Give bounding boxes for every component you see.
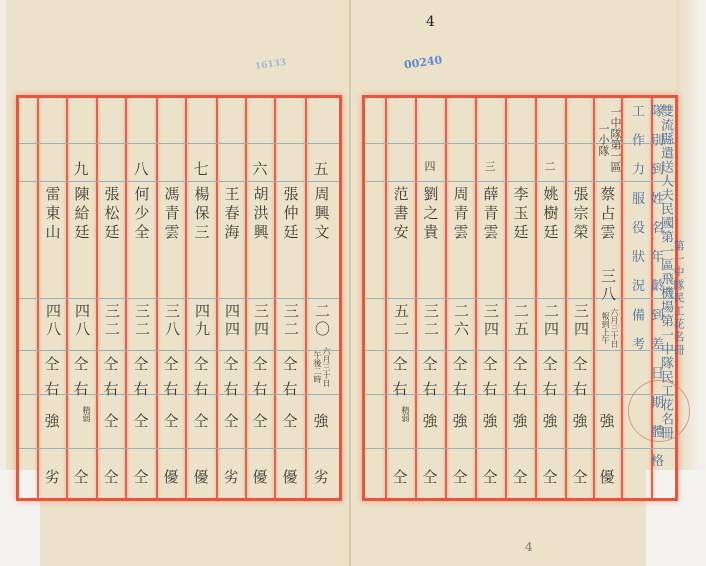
name-cell: 周青雲 — [448, 186, 472, 243]
page-number-bottom: 4 — [525, 540, 533, 554]
age-cell: 四八 — [40, 303, 64, 339]
name-cell: 劉之貴 — [418, 186, 442, 243]
row-number: 九 — [69, 158, 93, 179]
date-cell: 六月三十日 報到上午 — [597, 308, 619, 348]
unit-label: 一中隊第一區一小隊 — [595, 104, 621, 174]
date-cell: 仝 — [40, 353, 64, 374]
work-cell: 仝 — [248, 410, 272, 431]
row-number: 五 — [309, 158, 333, 179]
work-cell: 仝 — [189, 410, 213, 431]
name-cell: 馮青雲 — [159, 186, 183, 243]
right-page-grid: 雙流縣遣送人夫民國第一區飛機場第一中隊民工花名冊 隊 別 到 姓 名 年 齡 到… — [362, 95, 678, 501]
note-cell: 右 — [219, 378, 243, 399]
grade-cell: 仝 — [99, 466, 123, 487]
date-cell: 仝 — [129, 353, 153, 374]
name-cell: 雷東山 — [40, 186, 64, 243]
work-cell: 強 — [538, 410, 562, 431]
note-cell: 右 — [538, 378, 562, 399]
note-cell: 右 — [448, 378, 472, 399]
work-cell: 精弱 — [71, 406, 91, 422]
work-cell: 強 — [418, 410, 442, 431]
work-cell: 仝 — [99, 410, 123, 431]
name-cell: 周興文 — [309, 186, 333, 243]
age-cell: 三二 — [278, 303, 302, 339]
page-number-top: 4 — [426, 14, 435, 30]
age-cell: 五二 — [388, 303, 412, 339]
work-cell: 強 — [508, 410, 532, 431]
work-cell: 仝 — [278, 410, 302, 431]
grade-cell: 仝 — [129, 466, 153, 487]
work-cell: 強 — [40, 410, 64, 431]
work-cell: 強 — [595, 410, 619, 431]
age-cell: 三二 — [418, 303, 442, 339]
name-cell: 姚樹廷 — [538, 186, 562, 243]
grade-cell: 仝 — [508, 466, 532, 487]
work-cell: 仝 — [129, 410, 153, 431]
note-cell: 右 — [159, 378, 183, 399]
grade-cell: 劣 — [309, 466, 333, 487]
name-cell: 蔡占雲 — [595, 186, 619, 243]
date-cell: 仝 — [248, 353, 272, 374]
grade-cell: 劣 — [40, 466, 64, 487]
age-cell: 二四 — [538, 303, 562, 339]
age-cell: 三二 — [129, 303, 153, 339]
name-cell: 陳給廷 — [69, 186, 93, 243]
row-number: 四 — [418, 158, 442, 174]
name-cell: 張宗榮 — [568, 186, 592, 243]
work-cell: 強 — [478, 410, 502, 431]
name-cell: 薛青雲 — [478, 186, 502, 243]
age-cell: 二五 — [508, 303, 532, 339]
date-cell: 仝 — [69, 353, 93, 374]
name-cell: 何少全 — [129, 186, 153, 243]
date-cell: 仝 — [278, 353, 302, 374]
work-cell: 仝 — [159, 410, 183, 431]
note-cell: 右 — [189, 378, 213, 399]
grade-cell: 仝 — [538, 466, 562, 487]
note-cell: 右 — [248, 378, 272, 399]
note-cell: 右 — [99, 378, 123, 399]
age-cell: 三四 — [568, 303, 592, 339]
left-page-grid: 五 周興文 二〇 六月三十日 午後二時 強 劣 張仲廷 三二 仝 右 仝 優 六… — [16, 95, 342, 501]
grade-cell: 劣 — [219, 466, 243, 487]
name-cell: 范書安 — [388, 186, 412, 243]
work-cell: 強 — [309, 410, 333, 431]
age-cell: 二〇 — [309, 303, 333, 339]
grade-cell: 優 — [159, 466, 183, 487]
grade-cell: 仝 — [418, 466, 442, 487]
note-cell: 右 — [69, 378, 93, 399]
note-cell: 右 — [129, 378, 153, 399]
note-cell: 右 — [478, 378, 502, 399]
row-number: 二 — [538, 158, 562, 174]
grade-cell: 優 — [248, 466, 272, 487]
row-number: 六 — [248, 158, 272, 179]
age-cell: 四九 — [189, 303, 213, 339]
date-cell: 六月三十日 午後二時 — [311, 343, 331, 391]
age-cell: 四八 — [69, 303, 93, 339]
name-cell: 李玉廷 — [508, 186, 532, 243]
age-cell: 四四 — [219, 303, 243, 339]
date-cell: 仝 — [189, 353, 213, 374]
name-cell: 張松廷 — [99, 186, 123, 243]
work-cell: 精弱 — [390, 406, 410, 422]
title-tail: 第一中隊民工花名冊 — [670, 240, 686, 357]
row-number: 八 — [129, 158, 153, 179]
grade-cell: 仝 — [388, 466, 412, 487]
note-cell: 右 — [278, 378, 302, 399]
row-number: 七 — [189, 158, 213, 179]
date-cell: 仝 — [99, 353, 123, 374]
date-cell: 仝 — [508, 353, 532, 374]
work-cell: 強 — [448, 410, 472, 431]
work-cell: 強 — [568, 410, 592, 431]
note-cell: 右 — [568, 378, 592, 399]
grade-cell: 仝 — [448, 466, 472, 487]
date-cell: 仝 — [388, 353, 412, 374]
age-cell: 三八 — [595, 268, 619, 304]
note-cell: 右 — [40, 378, 64, 399]
name-cell: 楊保三 — [189, 186, 213, 243]
work-cell: 仝 — [219, 410, 243, 431]
date-cell: 仝 — [538, 353, 562, 374]
age-cell: 二六 — [448, 303, 472, 339]
grade-cell: 仝 — [69, 466, 93, 487]
note-cell: 右 — [388, 378, 412, 399]
age-cell: 三二 — [99, 303, 123, 339]
date-cell: 仝 — [418, 353, 442, 374]
red-seal-stamp — [628, 380, 690, 442]
age-cell: 三四 — [478, 303, 502, 339]
grade-cell: 優 — [278, 466, 302, 487]
date-cell: 仝 — [448, 353, 472, 374]
note-cell: 右 — [508, 378, 532, 399]
page-fold — [349, 0, 351, 566]
grade-cell: 優 — [595, 466, 619, 487]
date-cell: 仝 — [568, 353, 592, 374]
date-cell: 仝 — [159, 353, 183, 374]
grade-cell: 仝 — [478, 466, 502, 487]
grade-cell: 優 — [189, 466, 213, 487]
name-cell: 王春海 — [219, 186, 243, 243]
name-cell: 胡洪興 — [248, 186, 272, 243]
grade-cell: 仝 — [568, 466, 592, 487]
age-cell: 三八 — [159, 303, 183, 339]
note-cell: 右 — [418, 378, 442, 399]
name-cell: 張仲廷 — [278, 186, 302, 243]
row-number: 三 — [478, 158, 502, 174]
date-cell: 仝 — [219, 353, 243, 374]
date-cell: 仝 — [478, 353, 502, 374]
age-cell: 三四 — [248, 303, 272, 339]
